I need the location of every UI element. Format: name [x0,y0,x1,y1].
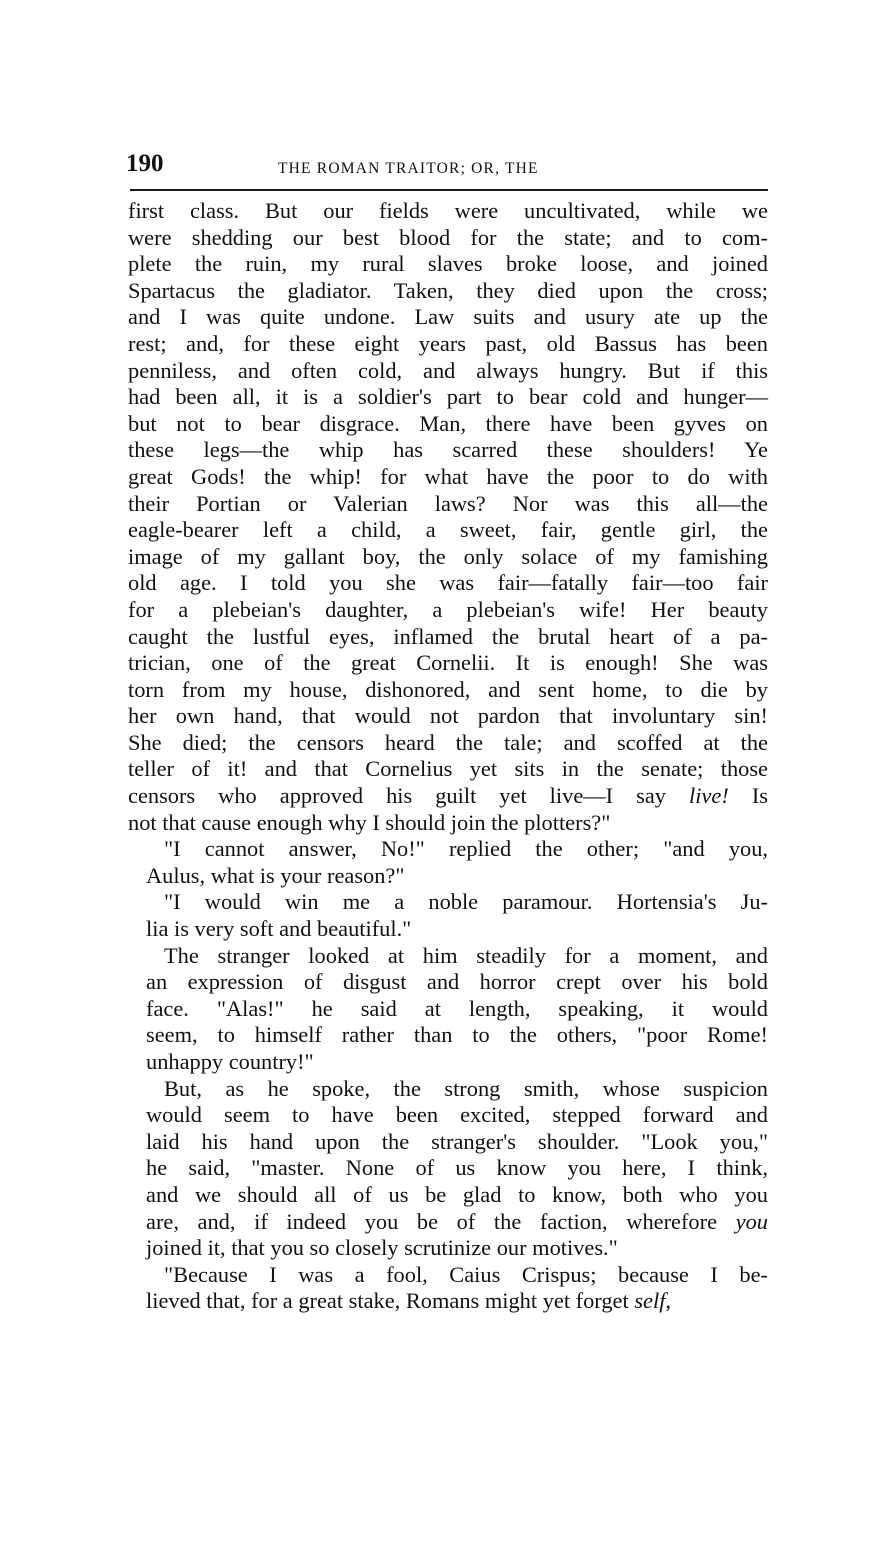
text-line: joined it, that you so closely scrutiniz… [128,1235,768,1262]
text-line: great Gods! the whip! for what have the … [128,464,768,491]
text-line: lieved that, for a great stake, Romans m… [128,1288,768,1315]
text-line: plete the ruin, my rural slaves broke lo… [128,251,768,278]
text-line: and we should all of us be glad to know,… [128,1182,768,1209]
text-line: were shedding our best blood for the sta… [128,225,768,252]
text-line: "I would win me a noble paramour. Horten… [128,889,768,916]
text-line: The stranger looked at him steadily for … [128,943,768,970]
text-line: are, and, if indeed you be of the factio… [128,1209,768,1236]
paragraph: "I would win me a noble paramour. Horten… [128,889,768,942]
body-text: first class. But our fields were unculti… [128,198,768,1315]
text-line: Aulus, what is your reason?" [128,863,768,890]
paragraph: The stranger looked at him steadily for … [128,943,768,1076]
text-line: seem, to himself rather than to the othe… [128,1022,768,1049]
text-line: and I was quite undone. Law suits and us… [128,304,768,331]
text-line: first class. But our fields were unculti… [128,198,768,225]
text-line: her own hand, that would not pardon that… [128,703,768,730]
text-line: penniless, and often cold, and always hu… [128,358,768,385]
text-line: old age. I told you she was fair—fatally… [128,570,768,597]
text-line: would seem to have been excited, stepped… [128,1102,768,1129]
italic-emphasis: live! [689,783,729,808]
text-line: teller of it! and that Cornelius yet sit… [128,756,768,783]
text-line: Spartacus the gladiator. Taken, they die… [128,278,768,305]
page-number: 190 [126,150,164,178]
text-line: for a plebeian's daughter, a plebeian's … [128,597,768,624]
text-line: lia is very soft and beautiful." [128,916,768,943]
text-line: "Because I was a fool, Caius Crispus; be… [128,1262,768,1289]
text-line: had been all, it is a soldier's part to … [128,384,768,411]
text-line: rest; and, for these eight years past, o… [128,331,768,358]
paragraph: first class. But our fields were unculti… [128,198,768,836]
italic-emphasis: you [736,1209,768,1234]
text-line: But, as he spoke, the strong smith, whos… [128,1076,768,1103]
paragraph: But, as he spoke, the strong smith, whos… [128,1076,768,1262]
text-line: censors who approved his guilt yet live—… [128,783,768,810]
text-line: She died; the censors heard the tale; an… [128,730,768,757]
text-line: he said, "master. None of us know you he… [128,1155,768,1182]
text-line: not that cause enough why I should join … [128,810,768,837]
book-page: 190 THE ROMAN TRAITOR; OR, THE first cla… [0,0,896,1550]
text-line: face. "Alas!" he said at length, speakin… [128,996,768,1023]
text-line: trician, one of the great Cornelii. It i… [128,650,768,677]
text-line: caught the lustful eyes, inflamed the br… [128,624,768,651]
text-line: torn from my house, dishonored, and sent… [128,677,768,704]
text-line: unhappy country!" [128,1049,768,1076]
header-rule [130,189,768,191]
paragraph: "Because I was a fool, Caius Crispus; be… [128,1262,768,1315]
text-line: laid his hand upon the stranger's should… [128,1129,768,1156]
running-head: 190 THE ROMAN TRAITOR; OR, THE [126,150,768,184]
text-line: but not to bear disgrace. Man, there hav… [128,411,768,438]
text-line: an expression of disgust and horror crep… [128,969,768,996]
text-line: their Portian or Valerian laws? Nor was … [128,491,768,518]
text-line: eagle-bearer left a child, a sweet, fair… [128,517,768,544]
paragraph: "I cannot answer, No!" replied the other… [128,836,768,889]
text-line: image of my gallant boy, the only solace… [128,544,768,571]
running-head-title: THE ROMAN TRAITOR; OR, THE [278,160,539,178]
text-line: "I cannot answer, No!" replied the other… [128,836,768,863]
italic-emphasis: self, [634,1288,671,1313]
text-line: these legs—the whip has scarred these sh… [128,437,768,464]
